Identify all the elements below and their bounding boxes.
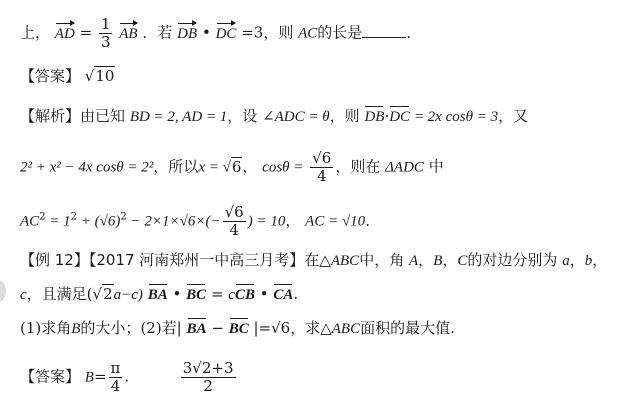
text: ，所以 [153,158,198,176]
dot-operator: • [202,24,211,42]
sqrt-sign: √ [93,285,103,303]
text: 面积的最大值. [360,319,455,337]
denominator: 3 [99,34,113,51]
text: =3，则 [241,24,293,42]
math: x = √ [198,160,231,176]
vector-BC: BC [229,319,249,339]
text: |=√6，求△ [253,319,331,337]
analysis-label: 【解析】 [20,107,80,125]
denominator: 2 [201,378,215,395]
vector-BA: BA [148,285,168,305]
text: ． [406,24,421,42]
var-C: C [457,253,467,269]
text: 中，角 [359,251,404,269]
dot-operator: • [260,285,269,303]
answer-label: 【答案】 [20,67,80,85]
text: ，且满足( [27,285,93,303]
text: ．若 [142,24,172,42]
numerator: 3√2+3 [181,360,236,378]
math: − 2×1×√6×(− [127,214,221,230]
vector-AB: AB [119,24,137,44]
dot-operator: • [173,285,182,303]
math: = 2x cosθ = 3 [410,109,498,125]
text: 的大小； [80,319,140,337]
problem-line-1: 上， AD = 1 3 AB ．若 DB • DC =3，则 AC的长是． [20,16,421,51]
var-B: B [85,370,94,386]
vector-CB: CB [235,285,255,305]
triangle-ABC: ABC [331,253,359,269]
math: 2² + x² − 4x cosθ = 2² [20,160,153,176]
math: BD = 2, AD = 1 [130,109,227,125]
math: AC = √10 [305,214,365,230]
text: ， [418,251,433,269]
numerator: 1 [99,16,113,34]
questions-line: (1)求角B的大小；(2)若| BA − BC |=√6，求△ABC面积的最大值… [20,318,455,339]
text: . [124,368,129,386]
triangle-ADC: ΔADC [385,160,424,176]
math: ) = 10 [248,214,286,230]
example-header-line: 【例 12】【2017 河南郑州一中高三月考】在△ABC中，角 A，B，C的对边… [20,250,607,271]
math: ∠ADC = θ [262,109,330,125]
answer-line-2: 【答案】 B= π 4 . 3√2+3 2 [20,360,238,395]
vector-BC: BC [186,285,206,305]
sqrt-10: √10 [85,66,116,86]
text: ，又 [498,107,528,125]
var-B: B [433,253,442,269]
var-A: A [409,253,418,269]
denominator: 4 [315,168,329,185]
denominator: 4 [227,222,241,239]
fraction-one-third: 1 3 [99,16,113,51]
triangle-ABC: ABC [332,321,360,337]
example-label: 【例 12】 [20,251,89,269]
math: + (√6) [77,214,120,230]
answer-label: 【答案】 [20,368,80,386]
text: 在△ [304,251,331,269]
text: 的长是 [317,24,362,42]
question-1: (1)求角 [20,319,71,337]
text: ， [285,212,300,230]
segment-AC: AC [298,26,317,42]
radicand: 6 [231,157,243,176]
var-c: c [228,287,235,303]
vector-BA: BA [187,319,207,339]
text: ，设 [227,107,257,125]
equals: = [80,24,93,42]
math: AC [20,214,39,230]
vector-CA: CA [273,285,293,305]
fraction-sqrt6-over-4: √6 4 [223,204,246,239]
denominator: 4 [109,378,123,395]
radicand: 2 [102,284,114,303]
text: 由已知 [80,107,125,125]
vector-DC: DC [389,107,410,127]
question-2: (2)若| [140,319,181,337]
text: ，则 [330,107,360,125]
text: ， [442,251,457,269]
text: 中 [429,158,444,176]
text: ，则在 [335,158,380,176]
fraction-sqrt6-over-4: √6 4 [310,150,333,185]
text: . [293,285,298,303]
numerator: π [109,360,123,378]
text: 的对边分别为 [467,251,557,269]
var-a: a [562,253,570,269]
text: ， [570,251,585,269]
vector-DB: DB [364,107,384,127]
scan-artifact [0,280,6,302]
math: a−c) [114,287,143,303]
sqrt-sign: √ [85,67,95,85]
example-source: 【2017 河南郑州一中高三月考】 [89,251,304,269]
text: ． [365,212,380,230]
text: 上， [20,24,50,42]
vector-DB: DB [177,24,197,44]
ac-computation-line: AC2 = 12 + (√6)2 − 2×1×√6×(− √6 4 ) = 10… [20,204,380,239]
answer-line-1: 【答案】 √10 [20,66,115,86]
numerator: √6 [310,150,333,168]
fraction-pi-over-4: π 4 [109,360,123,395]
text: ， [242,158,257,176]
radicand: 10 [94,66,115,85]
analysis-line: 【解析】由已知 BD = 2, AD = 1，设 ∠ADC = θ，则 DB·D… [20,106,528,127]
vector-DC: DC [216,24,237,44]
var-c: c [20,287,27,303]
minus: − [211,319,224,337]
equals: = [94,368,107,386]
equals: = [211,285,224,303]
vector-AD: AD [55,24,75,44]
text: ， [592,251,607,269]
condition-line: c，且满足(√2a−c) BA • BC = cCB • CA. [20,284,298,305]
fraction-max-area: 3√2+3 2 [181,360,236,395]
math: cosθ = [262,160,303,176]
numerator: √6 [223,204,246,222]
answer-blank[interactable] [362,23,406,38]
math: = 1 [46,214,71,230]
law-of-cosines-line: 2² + x² − 4x cosθ = 2²，所以x = √6， cosθ = … [20,150,444,185]
